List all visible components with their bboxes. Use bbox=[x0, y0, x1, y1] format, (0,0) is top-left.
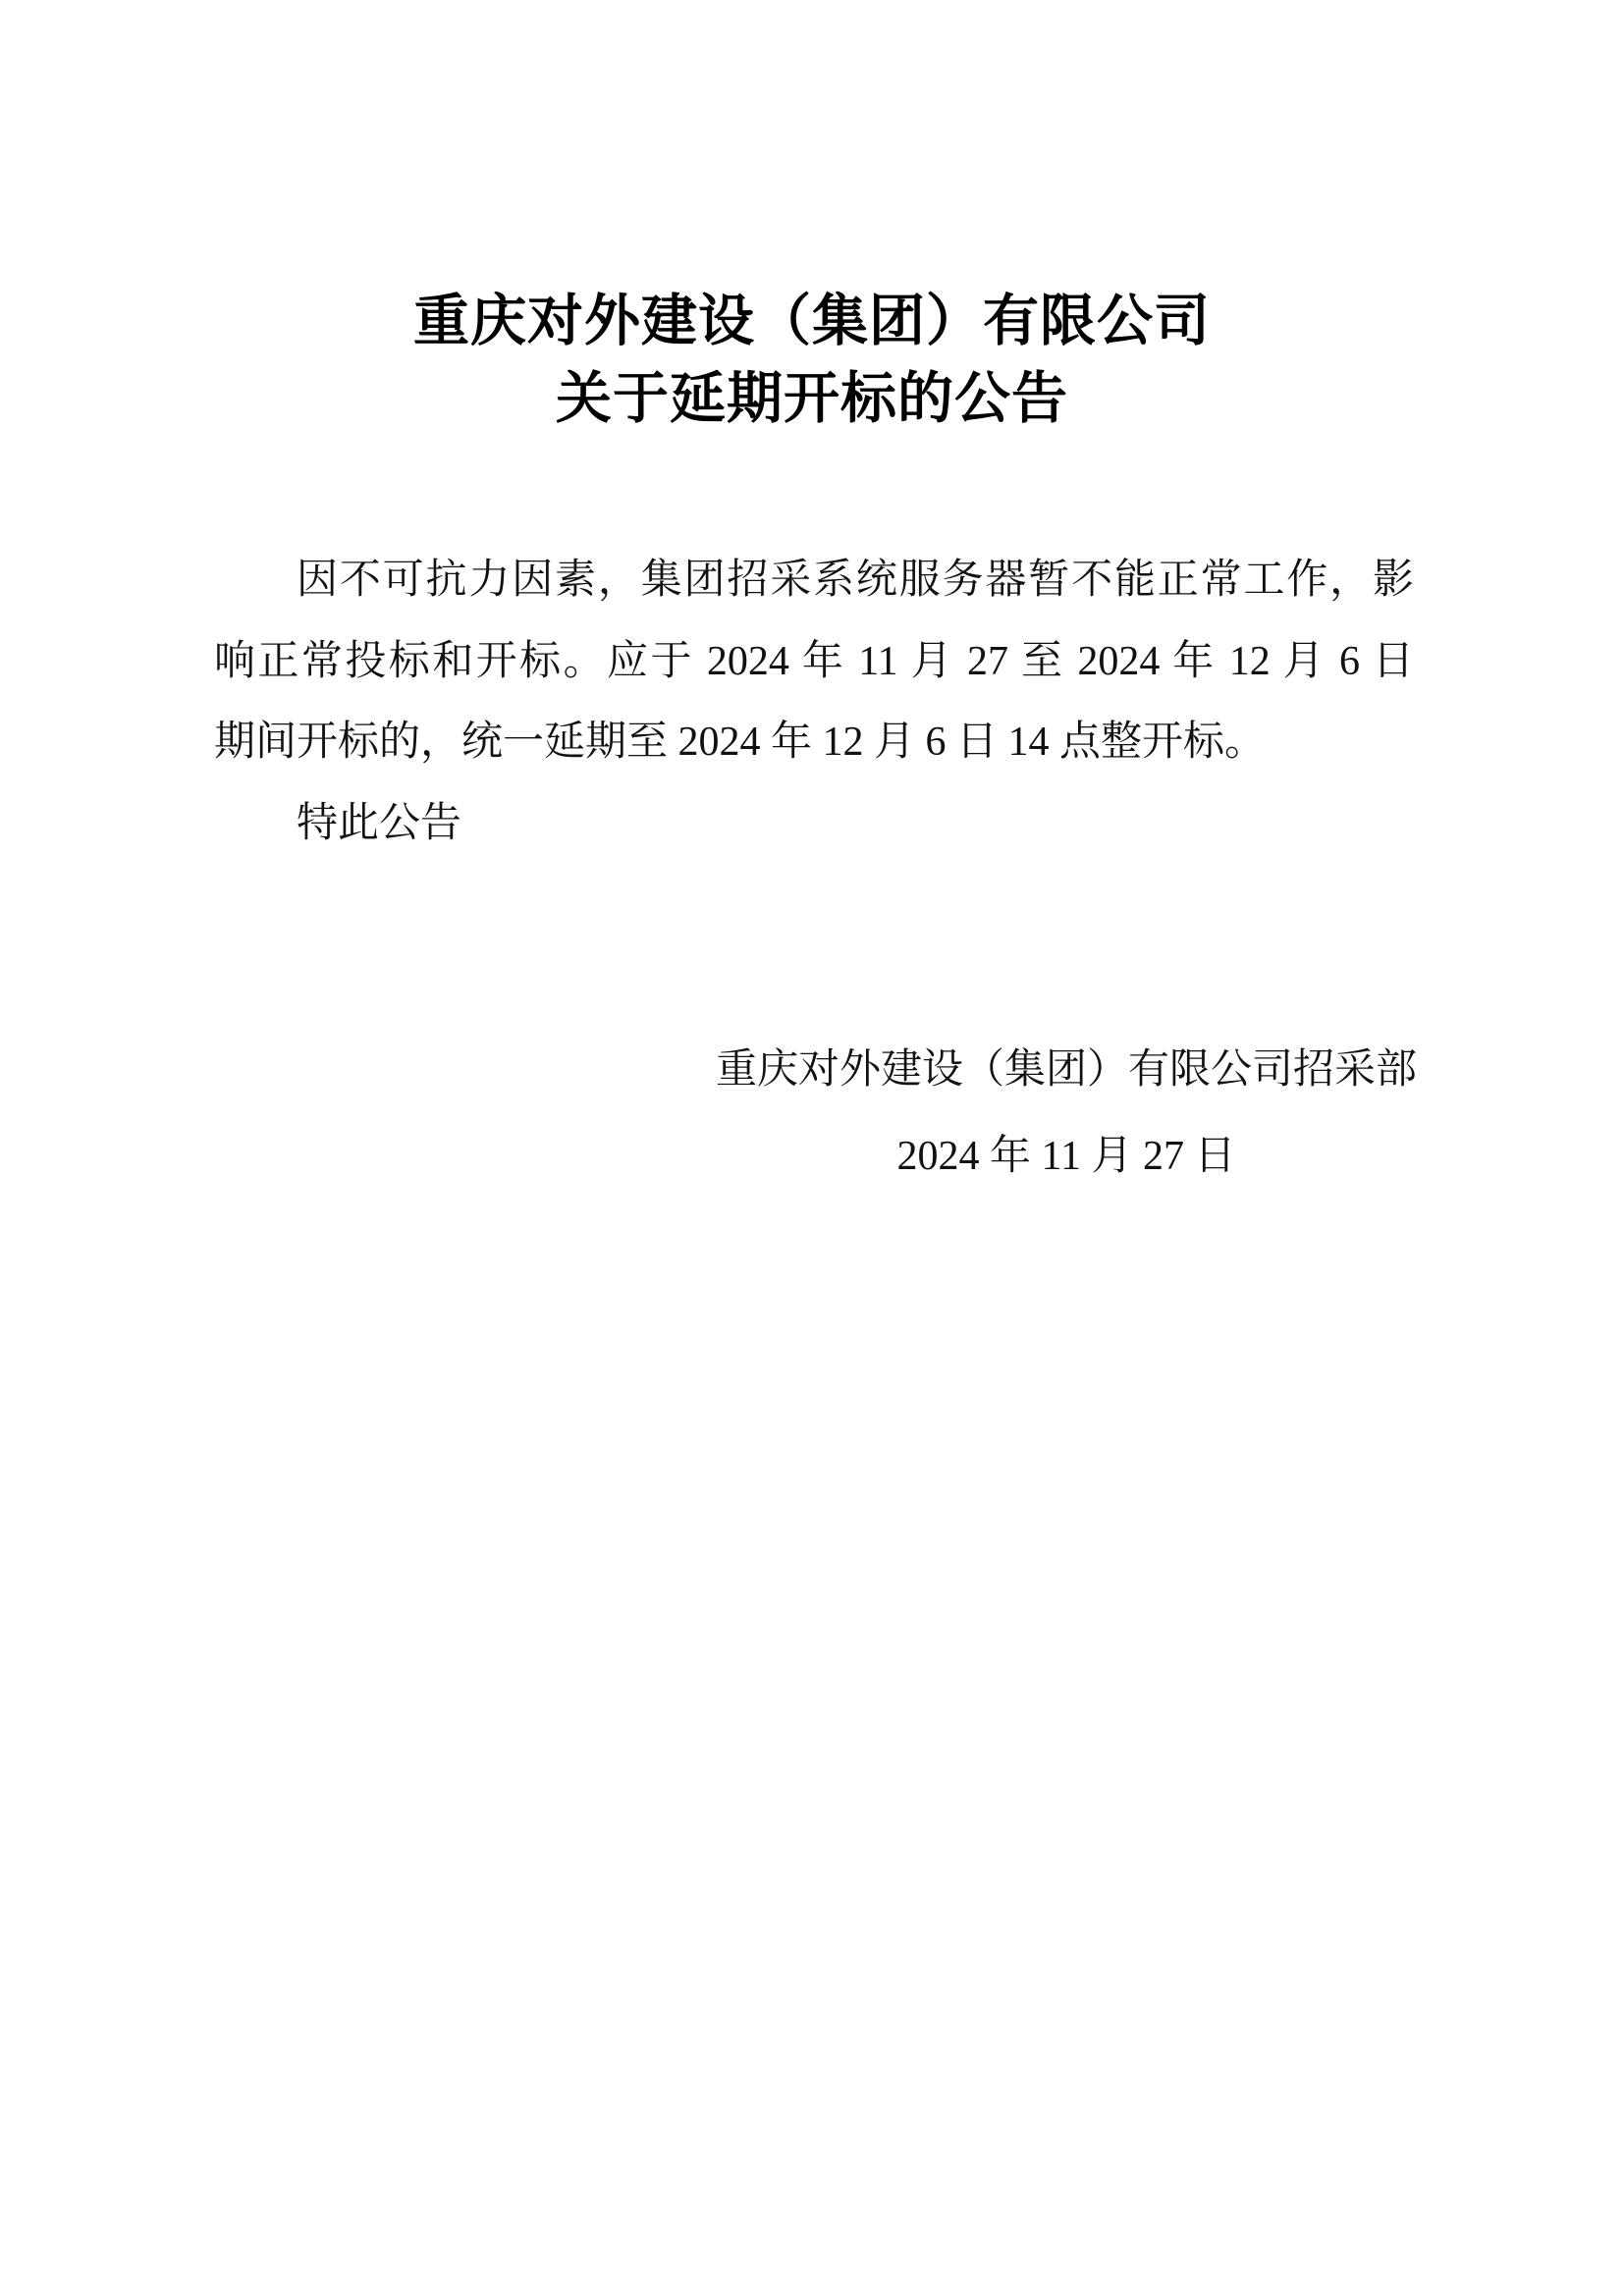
body-line: 期间开标的，统一延期至 2024 年 12 月 6 日 14 点整开标。 bbox=[214, 702, 1414, 783]
signature-block: 重庆对外建设（集团）有限公司招采部 2024 年 11 月 27 日 bbox=[716, 1027, 1417, 1200]
body-line: 响正常投标和开标。应于 2024 年 11 月 27 至 2024 年 12 月… bbox=[214, 621, 1414, 703]
announcement-body: 因不可抗力因素，集团招采系统服务器暂不能正常工作，影响正常投标和开标。应于 20… bbox=[214, 540, 1414, 864]
title-line-2: 关于延期开标的公告 bbox=[0, 360, 1624, 438]
document-title: 重庆对外建设（集团）有限公司 关于延期开标的公告 bbox=[0, 283, 1624, 438]
body-line: 特此公告 bbox=[214, 783, 1414, 865]
body-line: 因不可抗力因素，集团招采系统服务器暂不能正常工作，影 bbox=[214, 540, 1414, 621]
signature-line: 重庆对外建设（集团）有限公司招采部 bbox=[716, 1027, 1417, 1113]
date-line: 2024 年 11 月 27 日 bbox=[716, 1113, 1417, 1200]
document-page: 重庆对外建设（集团）有限公司 关于延期开标的公告 因不可抗力因素，集团招采系统服… bbox=[0, 0, 1624, 2296]
title-line-1: 重庆对外建设（集团）有限公司 bbox=[0, 283, 1624, 360]
